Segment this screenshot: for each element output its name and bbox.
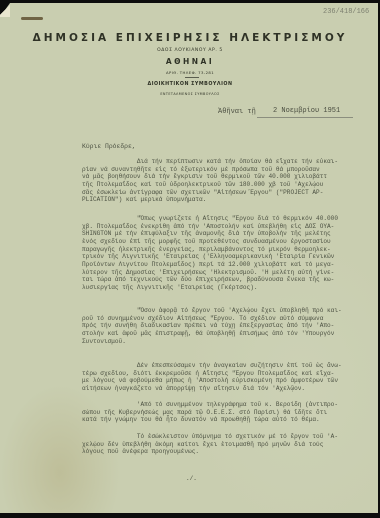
letterhead-role: ΕΝΤΕΤΑΛΜΕΝΟΣ ΣΥΜΒΟΥΛΟΣ xyxy=(0,92,380,96)
paragraph: Τό ἐσώκλειστον ὑπόμνημα τό σχετικόν μέ τ… xyxy=(82,433,338,456)
letterhead-divider xyxy=(185,77,199,78)
date-prefix: Ἀθῆναι τῇ xyxy=(218,108,256,116)
paragraph: Διά τήν περίπτωσιν κατά τήν ὁποίαν θά εἴ… xyxy=(82,158,338,204)
letterhead-organization: ΔΗΜΟΣΙΑ ΕΠΙΧΕΙΡΗΣΙΣ ΗΛΕΚΤΡΙΣΜΟΥ xyxy=(0,32,380,44)
paragraph: Δέν ἐπεσπεύσαμεν τήν ἀναγκαίαν συζήτησιν… xyxy=(82,362,342,393)
date-underline xyxy=(257,117,353,118)
ink-mark xyxy=(21,17,43,20)
salutation: Κύριε Πρόεδρε, xyxy=(82,143,136,150)
continuation-mark: ./. xyxy=(186,475,197,482)
archive-reference: 236/418/166 xyxy=(323,8,369,16)
letterhead-board: ΔΙΟΙΚΗΤΙΚΟΝ ΣΥΜΒΟΥΛΙΟΝ xyxy=(0,82,380,87)
paragraph: "Ὅσον ἀφορᾷ τό ἔργον τοῦ 'Αχελῴου ἔχει ὑ… xyxy=(82,307,342,345)
letterhead-street: ΟΔΟΣ ΛΟΥΚΙΑΝΟΥ ΑΡ. 5 xyxy=(0,48,380,53)
letterhead-phone: ΑΡΙΘ. ΤΗΛΕΦ. 73-281 xyxy=(0,70,380,75)
paragraph: 'Από τό συνημμένον τηλεγράφημα τοῦ κ. Βε… xyxy=(82,401,338,424)
letterhead-city: ΑΘΗΝΑΙ xyxy=(0,57,380,66)
folded-corner-flap xyxy=(0,3,10,17)
date-value: 2 Νοεμβρίου 1951 xyxy=(273,107,340,115)
paragraph: "Ὅπως γνωρίζετε ἡ Αἴτησις "Ἔργου διά τό … xyxy=(82,215,338,292)
